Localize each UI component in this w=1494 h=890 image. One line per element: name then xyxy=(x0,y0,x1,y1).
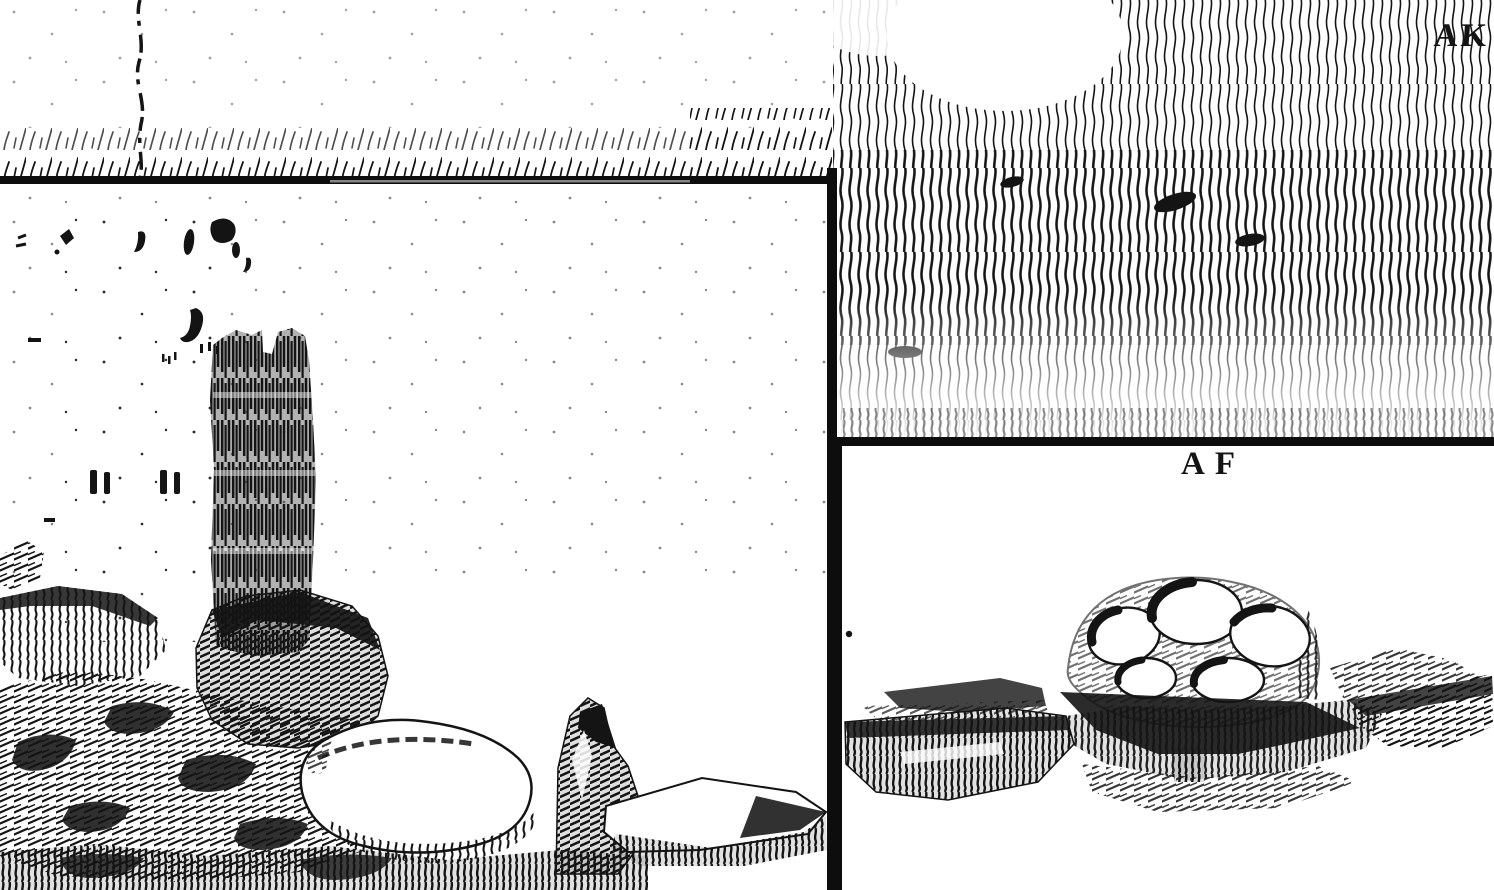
hillside-hatching xyxy=(808,0,1494,441)
left-plate-scene xyxy=(0,186,827,890)
engraving-artwork xyxy=(0,0,1494,890)
marker-label-ak: AK xyxy=(1433,18,1491,55)
grass-tuft-dense xyxy=(690,108,833,178)
marker-label-af: AF xyxy=(1181,446,1245,483)
foreground-rubble-strip xyxy=(0,844,648,890)
meadow-strip xyxy=(0,0,833,178)
hillside-foot-ticks xyxy=(843,408,1494,438)
right-plate-top-border xyxy=(833,437,1494,446)
engraved-plate-scan: AK AF xyxy=(0,0,1494,890)
stray-ink-dot xyxy=(846,631,852,637)
right-plate-left-border xyxy=(833,437,842,890)
